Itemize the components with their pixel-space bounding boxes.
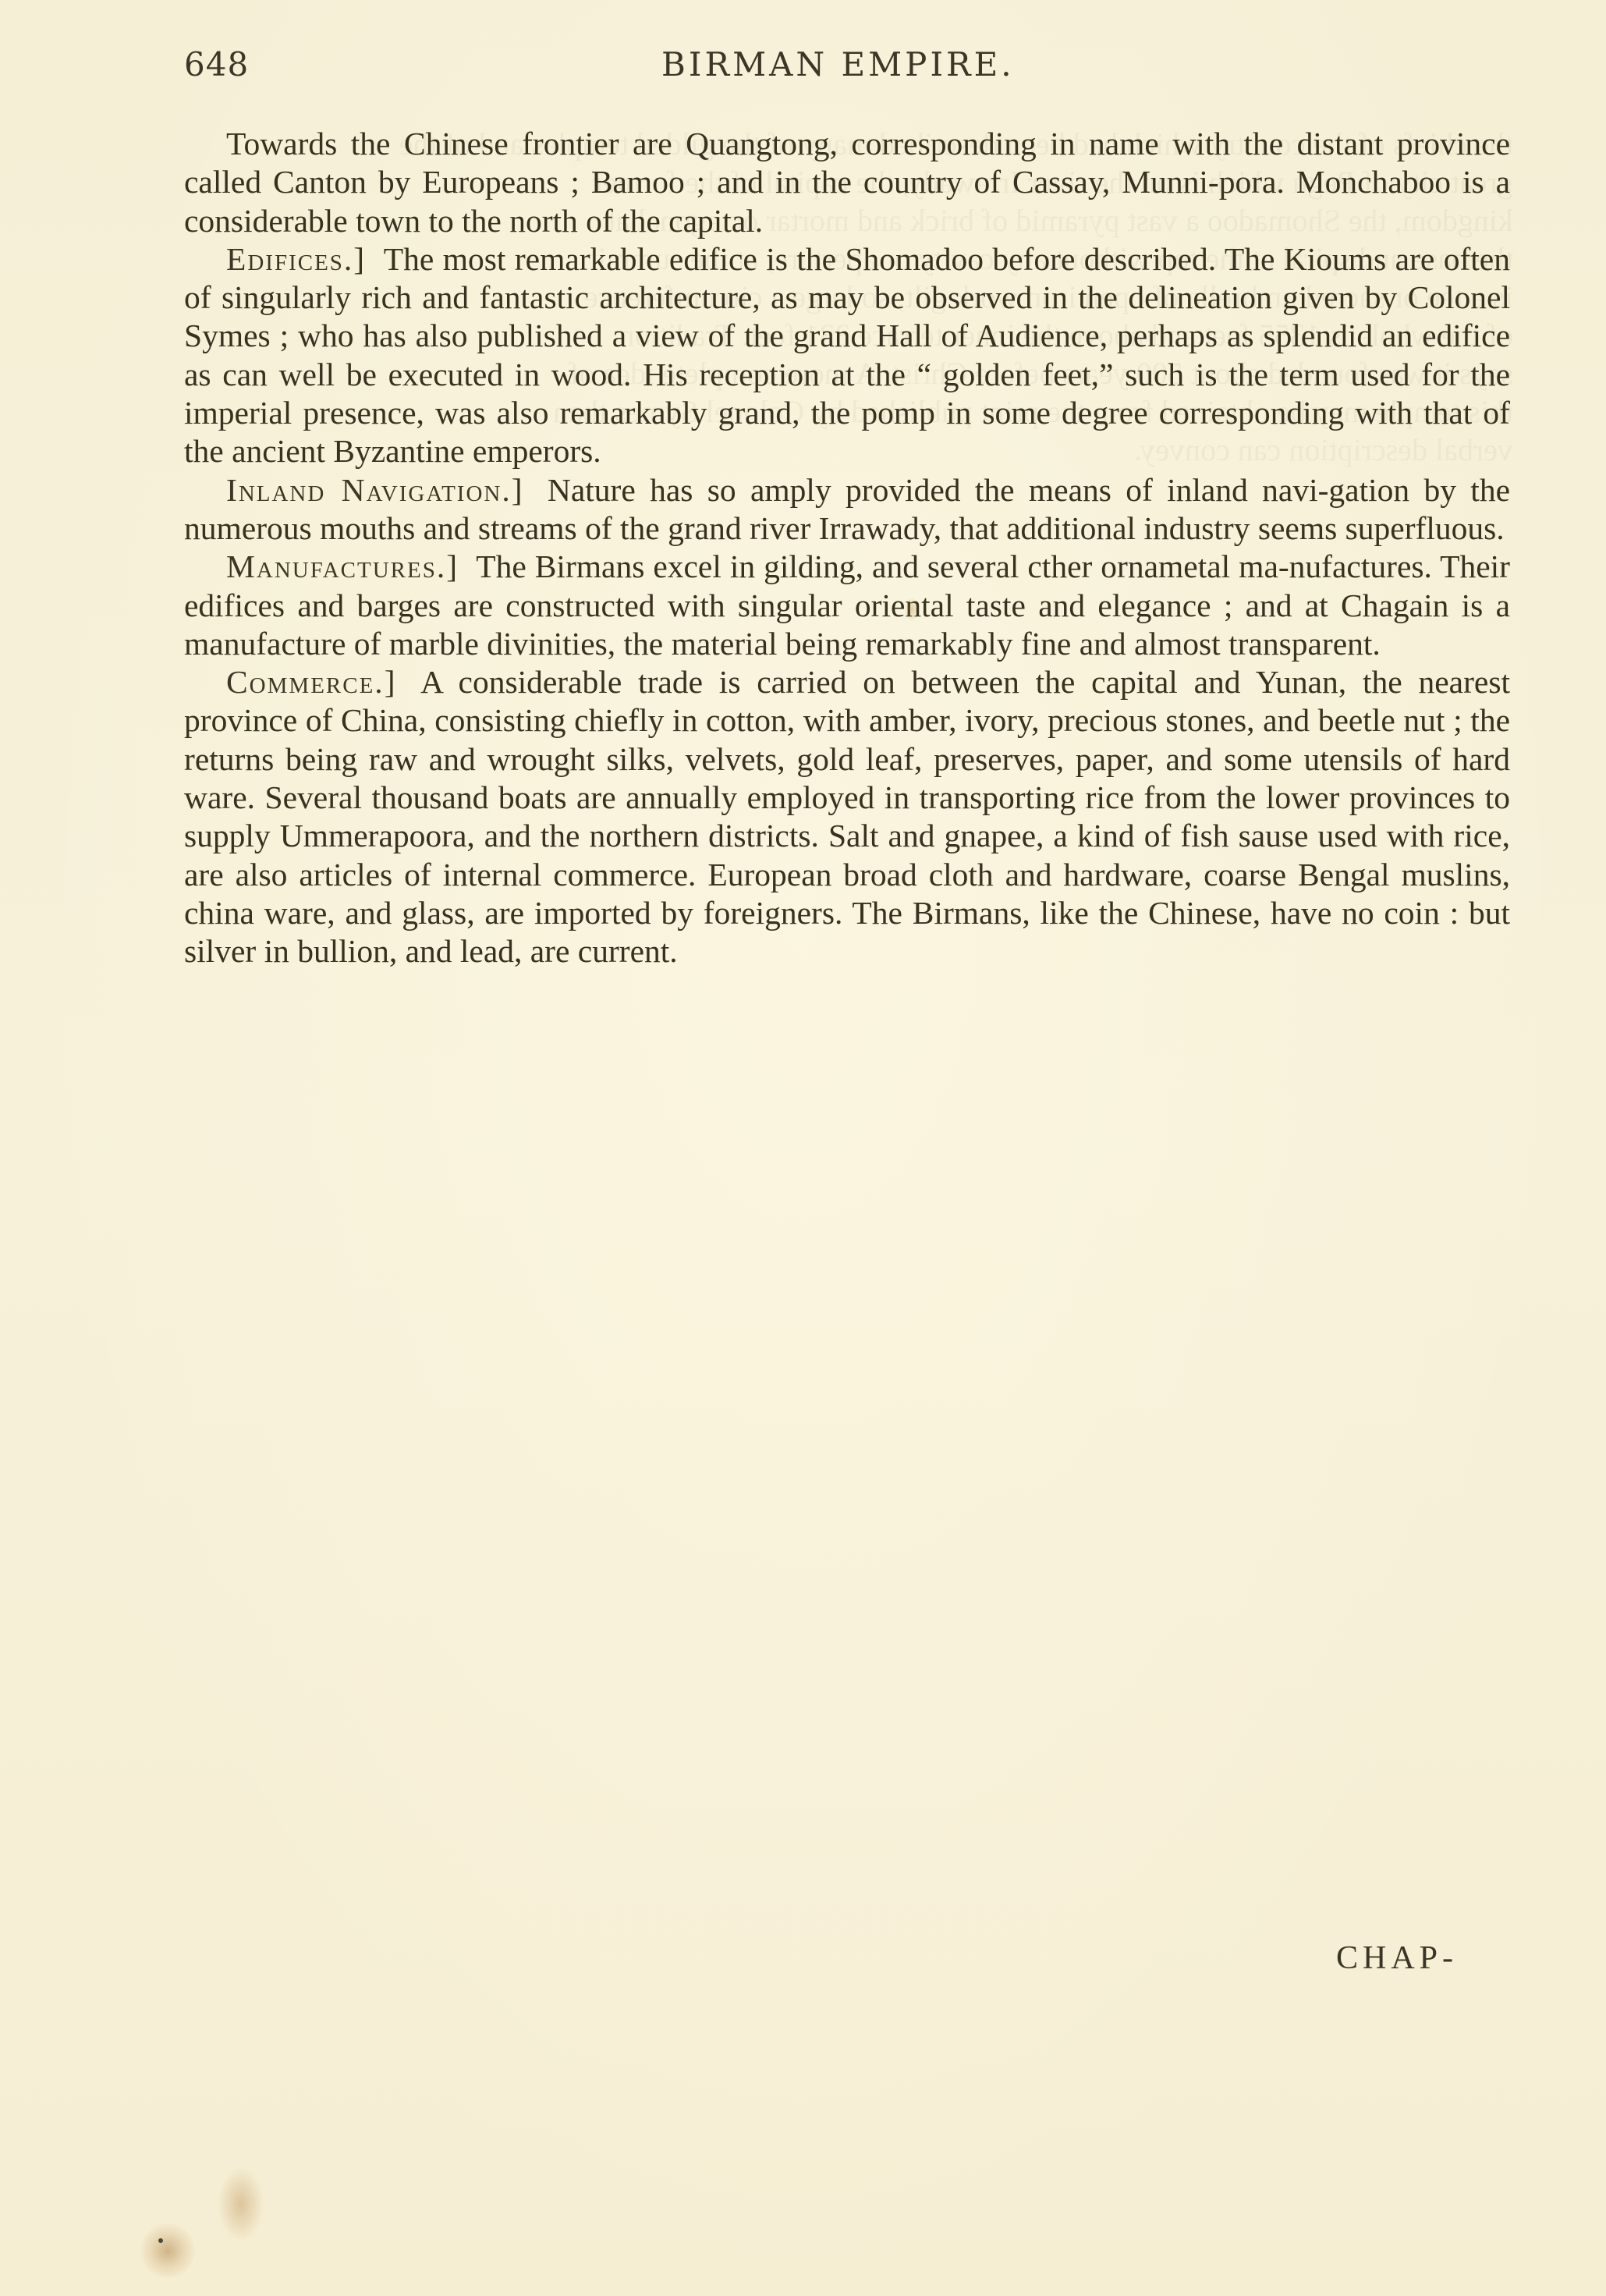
- running-head: 648 BIRMAN EMPIRE.: [184, 45, 1502, 92]
- paragraph-commerce: Commerce.] A considerable trade is carri…: [184, 663, 1510, 971]
- section-heading-edifices: Edifices.: [226, 241, 353, 277]
- section-heading-manufactures: Manufactures.: [226, 548, 446, 584]
- section-bracket: ]: [385, 664, 395, 700]
- section-bracket: ]: [512, 472, 523, 508]
- book-page: the chiefs of the country which had been…: [0, 0, 1606, 2296]
- paragraph-text: A considerable trade is carried on betwe…: [184, 664, 1510, 969]
- section-bracket: ]: [353, 241, 364, 277]
- paper-stain: [905, 597, 919, 622]
- section-heading-inland-navigation: Inland Navigation.: [226, 472, 512, 508]
- section-bracket: ]: [446, 548, 457, 584]
- catchword: CHAP-: [1336, 1939, 1458, 1977]
- paragraph-edifices: Edifices.] The most remarkable edifice i…: [184, 240, 1510, 471]
- paragraph-manufactures: Manufactures.] The Birmans excel in gild…: [184, 548, 1510, 663]
- paragraph-towns: Towards the Chinese frontier are Quangto…: [184, 125, 1510, 240]
- body-text: Towards the Chinese frontier are Quangto…: [184, 125, 1510, 971]
- page-number: 648: [184, 45, 249, 83]
- paragraph-inland-navigation: Inland Navigation.] Nature has so amply …: [184, 471, 1510, 548]
- section-heading-commerce: Commerce.: [226, 664, 385, 700]
- running-title: BIRMAN EMPIRE.: [661, 45, 1015, 83]
- paragraph-text: Towards the Chinese frontier are Quangto…: [184, 126, 1510, 239]
- foxing-spot: [140, 2223, 195, 2278]
- foxing-dot: [158, 2238, 163, 2243]
- paragraph-text: The most remarkable edifice is the Shoma…: [184, 241, 1510, 469]
